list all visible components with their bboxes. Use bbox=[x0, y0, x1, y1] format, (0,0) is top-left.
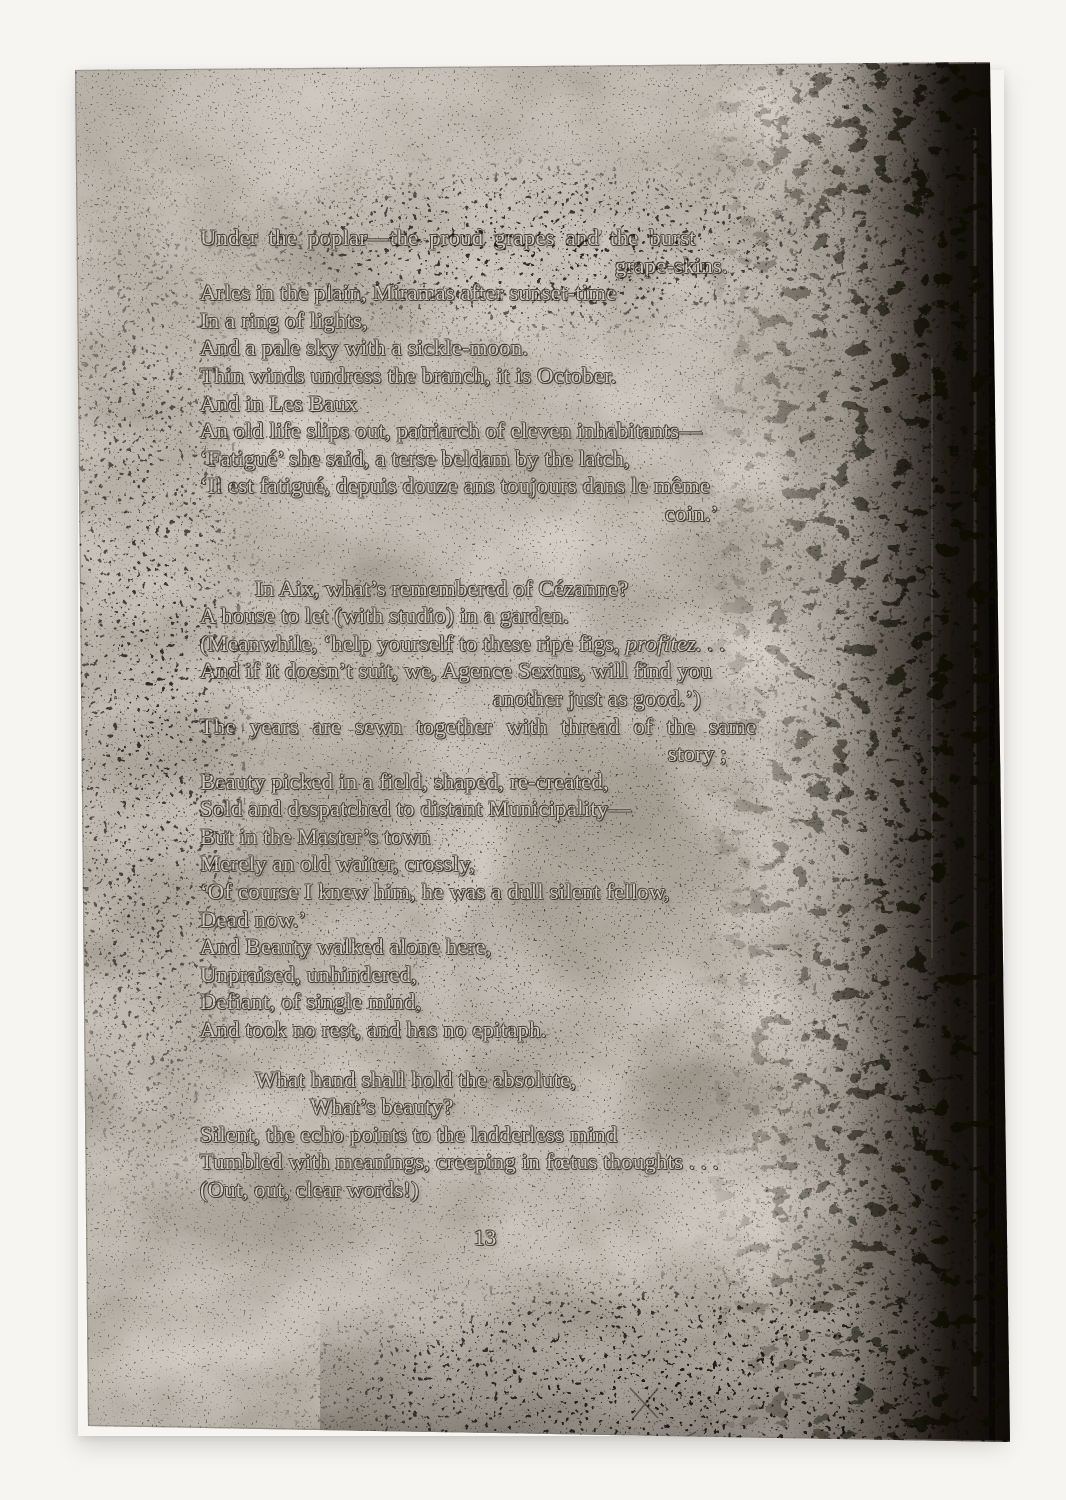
photo-background: Under the poplar—the proud grapes and th… bbox=[0, 0, 1066, 1500]
bottom-ink-band bbox=[320, 1298, 1012, 1444]
poem-line: What’s beauty? bbox=[310, 1093, 814, 1121]
poem-line: ‘Of course I knew him, he was a dull sil… bbox=[200, 878, 814, 906]
poem-line: What hand shall hold the absolute, bbox=[255, 1066, 814, 1094]
poem-line: A house to let (with studio) in a garden… bbox=[200, 602, 814, 630]
poem-line: Thin winds undress the branch, it is Oct… bbox=[200, 362, 814, 390]
poem-line: another just as good.’) bbox=[493, 685, 814, 713]
poem-line: Beauty picked in a field, shaped, re-cre… bbox=[200, 768, 814, 796]
poem-line: The years are sewn together with thread … bbox=[200, 713, 814, 741]
poem-line: story ; bbox=[668, 740, 814, 768]
poem-line: And in Les Baux bbox=[200, 390, 814, 418]
poem-line: Defiant, of single mind, bbox=[200, 988, 814, 1016]
poem-line: coin.’ bbox=[665, 500, 814, 528]
poem-line: Dead now.’ bbox=[200, 906, 814, 934]
poem-line: Arles in the plain, Miramas after sunset… bbox=[200, 279, 814, 307]
poem-line: grape-skins. bbox=[615, 252, 814, 280]
poem-line-text: (Meanwhile, ‘help yourself to these ripe… bbox=[200, 631, 626, 656]
poem-line: An old life slips out, patriarch of elev… bbox=[200, 417, 814, 445]
poem-line: Tumbled with meanings, creeping in fœtus… bbox=[200, 1148, 814, 1176]
poem-line: Under the poplar—the proud grapes and th… bbox=[200, 224, 814, 252]
poem-line: And Beauty walked alone here, bbox=[200, 933, 814, 961]
stanza-gap bbox=[200, 1204, 814, 1224]
poem-line: And took no rest, and has no epitaph. bbox=[200, 1016, 814, 1044]
poem-line: ‘Fatigué’ she said, a terse beldam by th… bbox=[200, 445, 814, 473]
poem-line: (Out, out, clear words!) bbox=[200, 1176, 814, 1204]
poem-line: (Meanwhile, ‘help yourself to these ripe… bbox=[200, 630, 814, 658]
poem-line: In a ring of lights, bbox=[200, 307, 814, 335]
poem-line: Silent, the echo points to the ladderles… bbox=[200, 1121, 814, 1149]
poem-line: In Aix, what’s remembered of Cézanne? bbox=[255, 575, 814, 603]
page-number: 13 bbox=[178, 1224, 792, 1252]
stanza-gap bbox=[200, 528, 814, 575]
printing-plate: Under the poplar—the proud grapes and th… bbox=[70, 58, 1012, 1444]
poem-line: ‘Il est fatigué, depuis douze ans toujou… bbox=[200, 472, 814, 500]
poem-line: Unpraised, unhindered, bbox=[200, 961, 814, 989]
poem-line: Merely an old waiter, crossly, bbox=[200, 850, 814, 878]
poem-line: Sold and despatched to distant Municipal… bbox=[200, 795, 814, 823]
poem-line: And a pale sky with a sickle-moon. bbox=[200, 334, 814, 362]
stanza-gap bbox=[200, 1044, 814, 1066]
poem-line: And if it doesn’t suit, we, Agence Sextu… bbox=[200, 657, 814, 685]
poem-line: But in the Master’s town bbox=[200, 823, 814, 851]
poem-line-italic: profitez. . . bbox=[626, 631, 726, 656]
poem-text: Under the poplar—the proud grapes and th… bbox=[200, 224, 814, 1251]
